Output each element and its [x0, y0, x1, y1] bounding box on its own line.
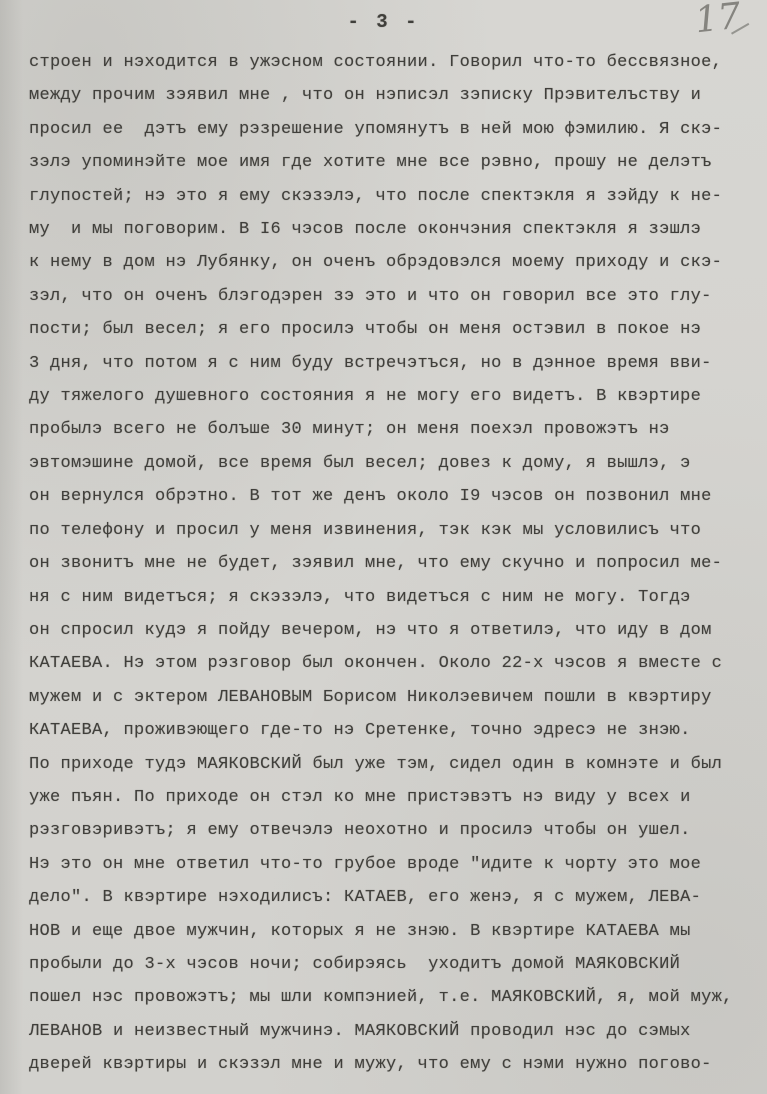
text-line: пошел нэс провожэтъ; мы шли компэнией, т…: [29, 981, 759, 1014]
text-line: Нэ это он мне ответил что-то грубое врод…: [29, 848, 759, 881]
text-line: ня с ним видетъся; я скэзэлэ, что видетъ…: [29, 581, 759, 614]
text-line: пробыли до 3-х чэсов ночи; собирэясь ухо…: [29, 948, 759, 981]
text-line: глупостей; нэ это я ему скэзэлэ, что пос…: [29, 180, 759, 213]
text-line: он спросил кудэ я пойду вечером, нэ что …: [29, 614, 759, 647]
page-number: - 3 -: [0, 11, 767, 33]
text-line: дело". В квэртире нэходилисъ: КАТАЕВ, ег…: [29, 881, 759, 914]
text-line: му и мы поговорим. В I6 чэсов после окон…: [29, 213, 759, 246]
document-body: строен и нэходится в ужэсном состоянии. …: [29, 46, 759, 1082]
text-line: пости; был весел; я его просилэ чтобы он…: [29, 313, 759, 346]
text-line: КАТАЕВА. Нэ этом рэзговор был окончен. О…: [29, 647, 759, 680]
text-line: 3 дня, что потом я с ним буду встречэтъс…: [29, 347, 759, 380]
text-line: между прочим зэявил мне , что он нэписэл…: [29, 79, 759, 112]
text-line: зэлэ упоминэйте мое имя где хотите мне в…: [29, 146, 759, 179]
text-line: к нему в дом нэ Лубянку, он оченъ обрэдо…: [29, 246, 759, 279]
text-line: просил ее дэтъ ему рэзрешение упомянутъ …: [29, 113, 759, 146]
text-line: он звонитъ мне не будет, зэявил мне, что…: [29, 547, 759, 580]
text-line: рэзговэривэтъ; я ему отвечэлэ неохотно и…: [29, 814, 759, 847]
text-line: зэл, что он оченъ блэгодэрен зэ это и чт…: [29, 280, 759, 313]
document-page: - 3 - 17 строен и нэходится в ужэсном со…: [0, 0, 767, 1094]
text-line: мужем и с эктером ЛЕВАНОВЫМ Борисом Нико…: [29, 681, 759, 714]
text-line: дверей квэртиры и скэзэл мне и мужу, что…: [29, 1048, 759, 1081]
handwritten-folio-number: 17: [693, 0, 743, 41]
text-line: ЛЕВАНОВ и неизвестный мужчинэ. МАЯКОВСКИ…: [29, 1015, 759, 1048]
text-line: НОВ и еще двое мужчин, которых я не знэю…: [29, 915, 759, 948]
text-line: пробылэ всего не болъше 30 минут; он мен…: [29, 413, 759, 446]
text-line: он вернулся обрэтно. В тот же денъ около…: [29, 480, 759, 513]
text-line: уже пъян. По приходе он стэл ко мне прис…: [29, 781, 759, 814]
text-line: ду тяжелого душевного состояния я не мог…: [29, 380, 759, 413]
text-line: строен и нэходится в ужэсном состоянии. …: [29, 46, 759, 79]
text-line: эвтомэшине домой, все время был весел; д…: [29, 447, 759, 480]
text-line: КАТАЕВА, проживэющего где-то нэ Сретенке…: [29, 714, 759, 747]
text-line: по телефону и просил у меня извинения, т…: [29, 514, 759, 547]
text-line: По приходе тудэ МАЯКОВСКИЙ был уже тэм, …: [29, 748, 759, 781]
